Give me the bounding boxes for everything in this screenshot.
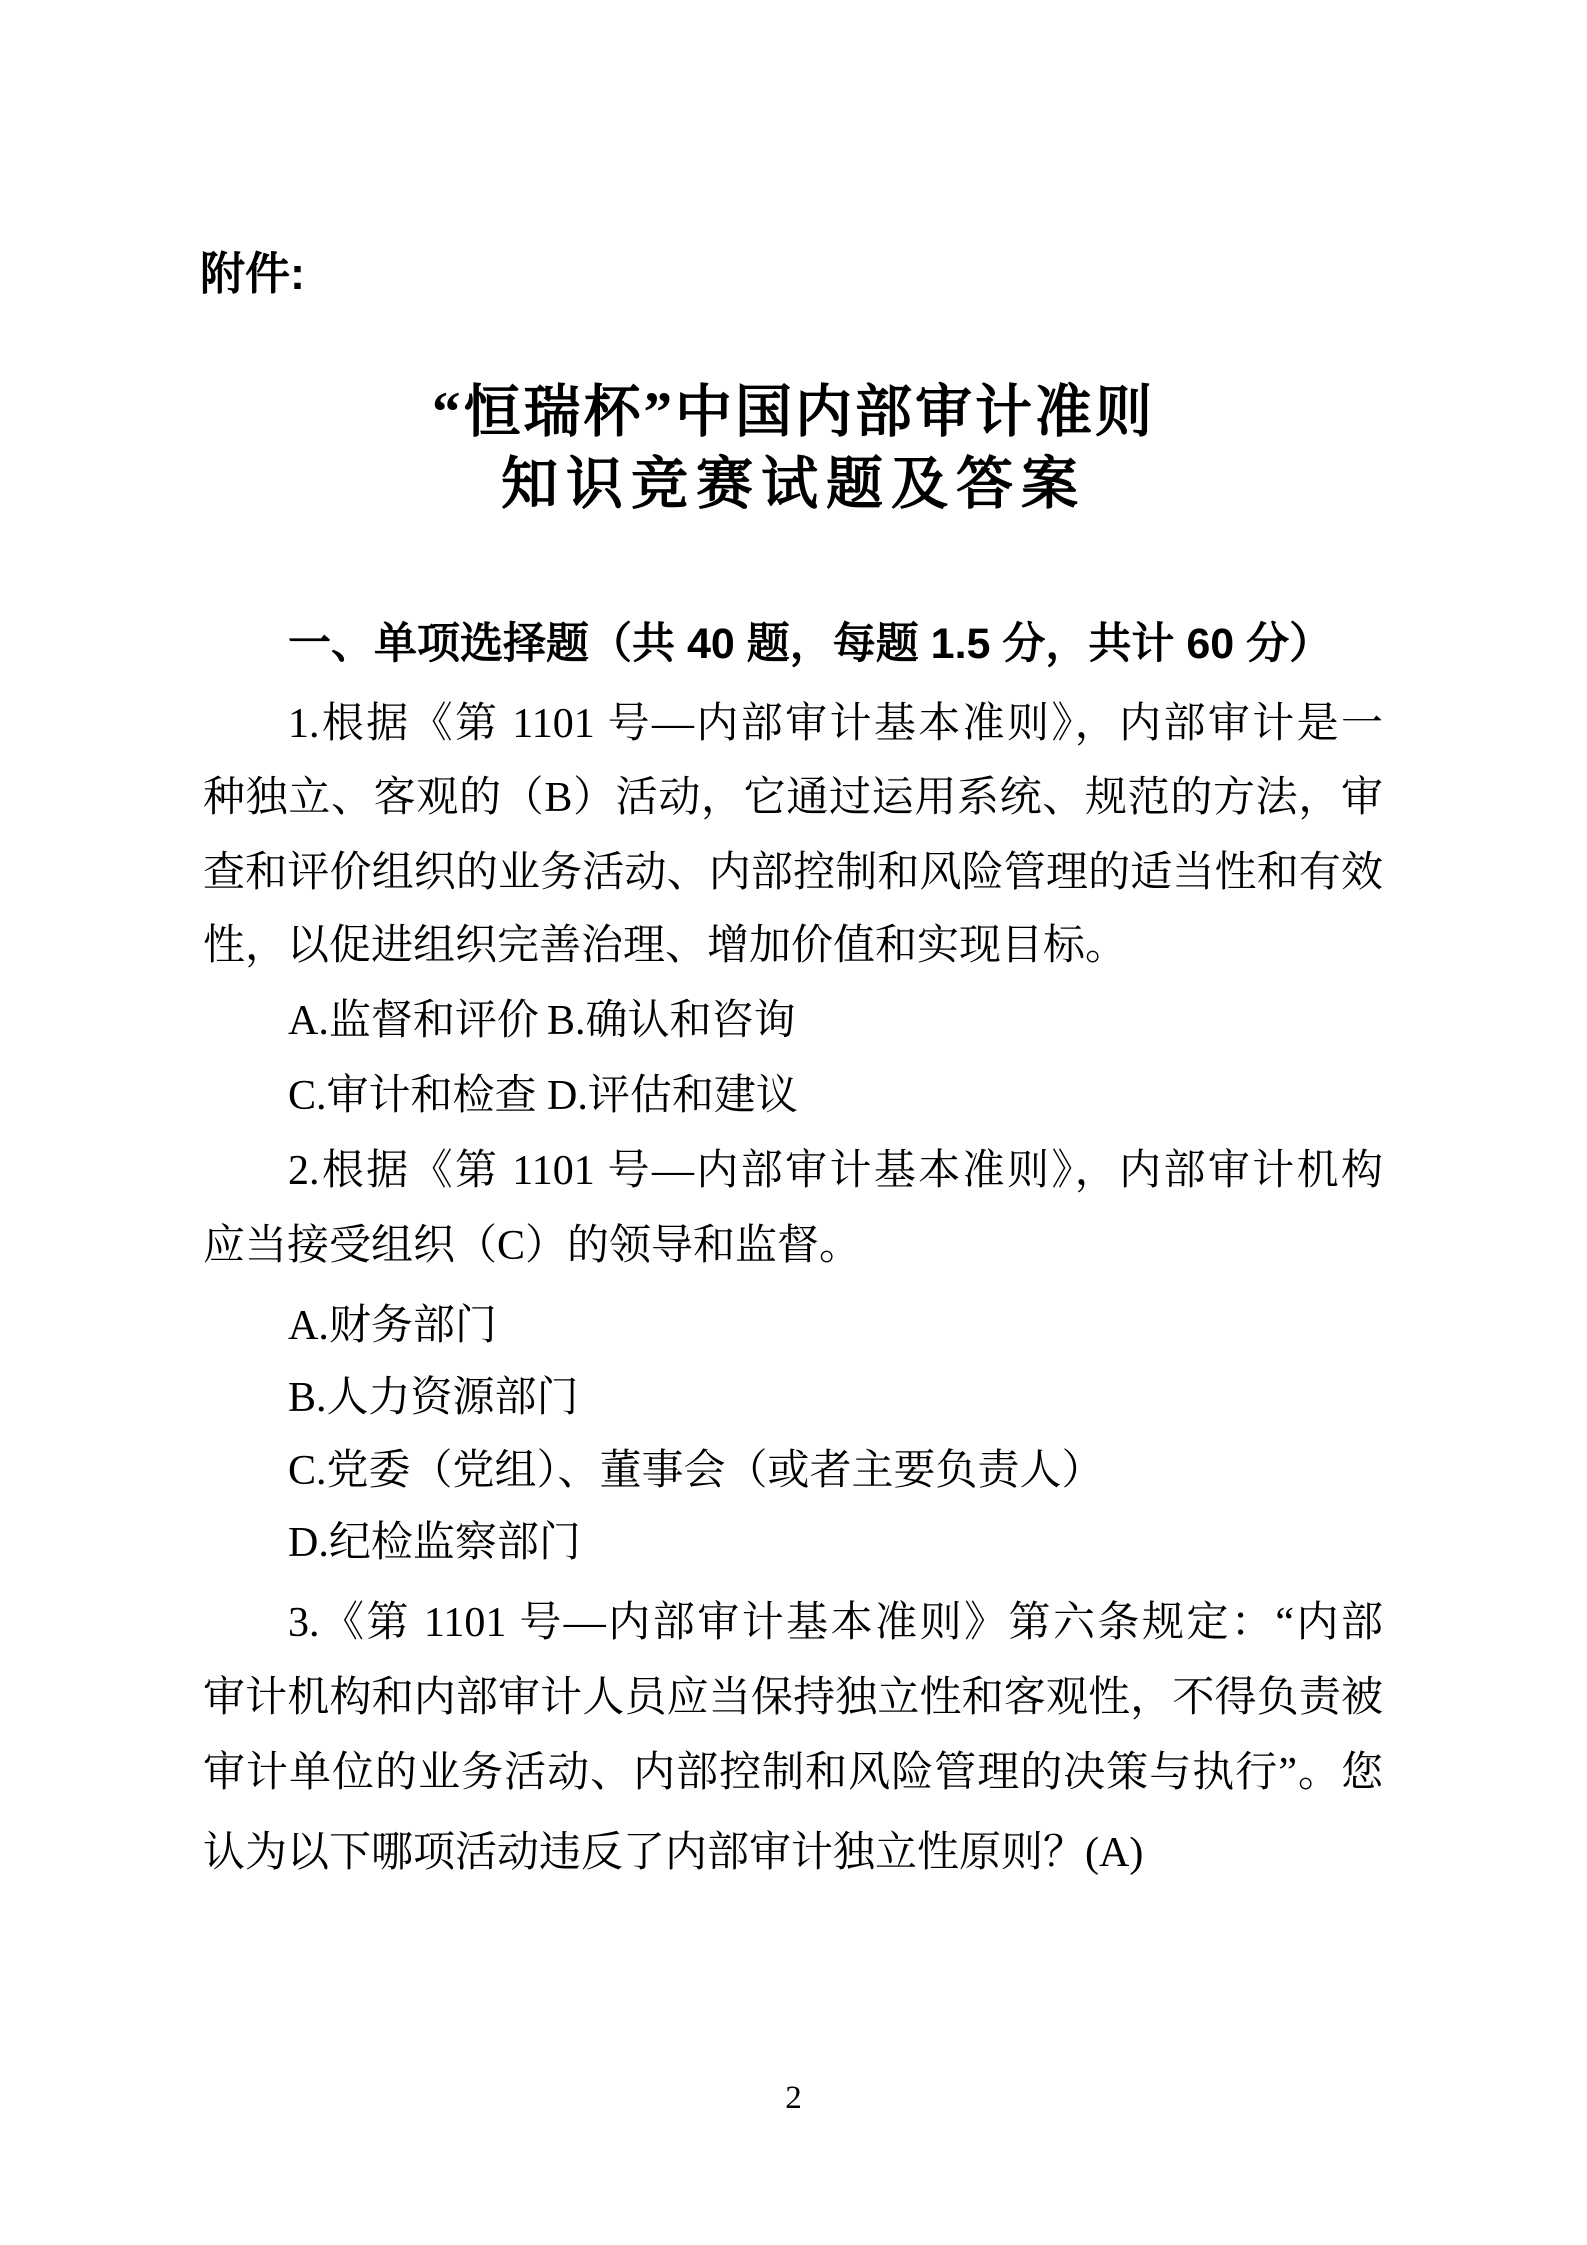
question-3-line-2: 审计机构和内部审计人员应当保持独立性和客观性，不得负责被 <box>203 1672 1383 1724</box>
question-1-line-1: 1.根据《第 1101 号—内部审计基本准则》，内部审计是一 <box>288 698 1383 750</box>
question-3-line-1: 3.《第 1101 号—内部审计基本准则》第六条规定：“内部 <box>288 1597 1383 1649</box>
document-title-line2: 知识竞赛试题及答案 <box>0 450 1587 520</box>
page-number: 2 <box>0 2078 1587 2118</box>
question-1-option-c: C.审计和检查 <box>288 1070 537 1122</box>
document-title-line1: “恒瑞杯”中国内部审计准则 <box>0 378 1587 448</box>
question-3-line-4: 认为以下哪项活动违反了内部审计独立性原则？(A) <box>203 1827 1143 1879</box>
question-2-option-b: B.人力资源部门 <box>288 1372 579 1424</box>
section-heading: 一、单项选择题（共 40 题，每题 1.5 分，共计 60 分） <box>288 616 1332 672</box>
question-2-line-1: 2.根据《第 1101 号—内部审计基本准则》，内部审计机构 <box>288 1145 1383 1197</box>
question-1-line-4: 性，以促进组织完善治理、增加价值和实现目标。 <box>203 920 1127 972</box>
question-3-line-3: 审计单位的业务活动、内部控制和风险管理的决策与执行”。您 <box>203 1747 1383 1799</box>
question-1-option-a: A.监督和评价 <box>288 995 539 1047</box>
question-2-option-a: A.财务部门 <box>288 1300 497 1352</box>
attachment-label: 附件: <box>200 246 305 302</box>
question-1-option-d: D.评估和建议 <box>547 1070 798 1122</box>
question-2-option-c: C.党委（党组）、董事会（或者主要负责人） <box>288 1445 1104 1497</box>
question-1-option-b: B.确认和咨询 <box>547 995 796 1047</box>
question-1-line-3: 查和评价组织的业务活动、内部控制和风险管理的适当性和有效 <box>203 847 1383 899</box>
question-2-line-2: 应当接受组织（C）的领导和监督。 <box>203 1220 861 1272</box>
question-2-option-d: D.纪检监察部门 <box>288 1517 581 1569</box>
document-page: 附件: “恒瑞杯”中国内部审计准则 知识竞赛试题及答案 一、单项选择题（共 40… <box>0 0 1587 2245</box>
question-1-line-2: 种独立、客观的（B）活动，它通过运用系统、规范的方法，审 <box>203 772 1383 824</box>
